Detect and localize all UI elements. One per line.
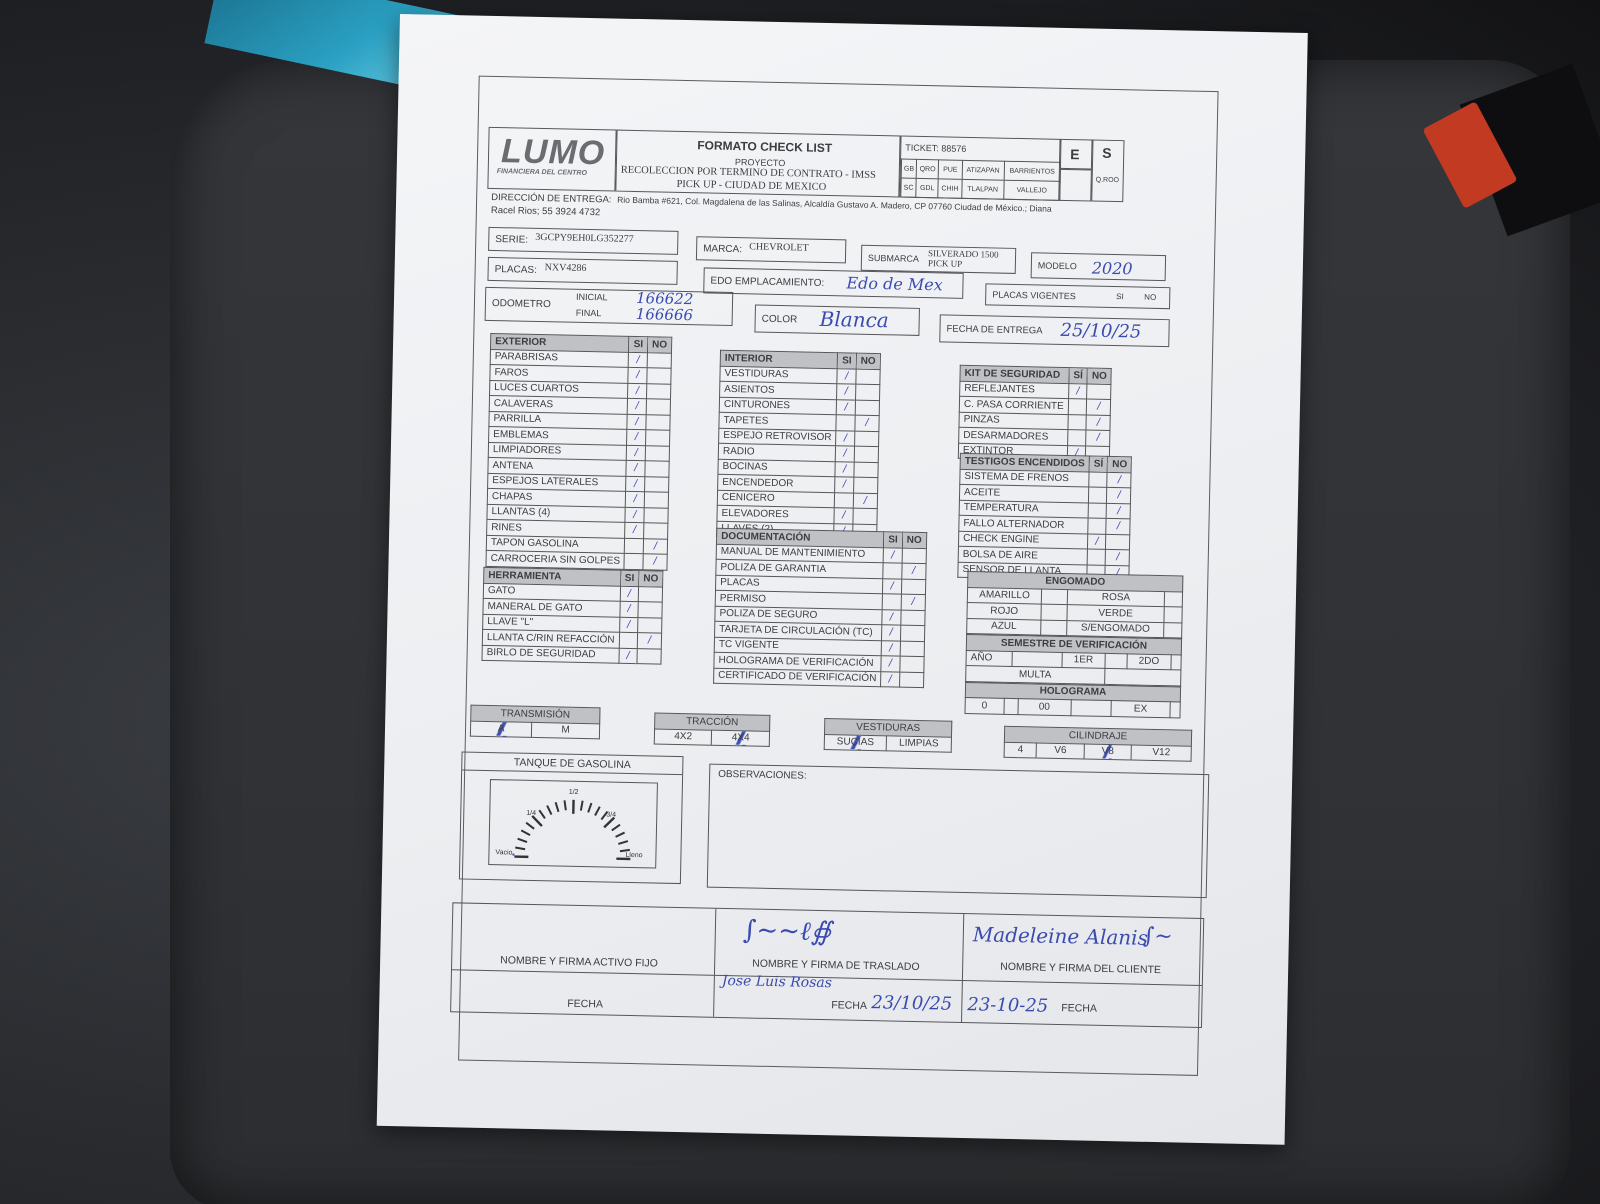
check-mark-icon: / xyxy=(842,510,845,522)
no-checkbox[interactable] xyxy=(900,641,924,657)
check-mark-icon: / xyxy=(843,479,846,491)
check-mark-icon: / xyxy=(627,619,630,631)
fuel-tank-section: TANQUE DE GASOLINA Vacio1/41/23/4Lleno xyxy=(459,751,684,884)
check-mark-icon: / xyxy=(1097,401,1100,413)
si-checkbox[interactable]: / xyxy=(619,648,638,664)
check-mark-icon: / xyxy=(890,580,893,592)
no-checkbox[interactable] xyxy=(638,586,662,602)
contact: Racel Rios; 55 3924 4732 xyxy=(491,205,601,218)
check-mark-icon: / xyxy=(844,432,847,444)
no-checkbox[interactable]: / xyxy=(1107,472,1131,488)
cliente-signature: Madeleine Alanis xyxy=(973,922,1149,950)
marca-field: MARCA: CHEVROLET xyxy=(696,236,846,263)
si-checkbox[interactable]: / xyxy=(626,491,645,507)
no-checkbox[interactable]: / xyxy=(1087,399,1111,415)
si-checkbox[interactable]: / xyxy=(834,508,853,524)
region-cell: SC xyxy=(901,178,917,197)
si-checkbox[interactable] xyxy=(624,553,643,569)
check-mark-icon: / xyxy=(1117,520,1120,532)
form-title: FORMATO CHECK LIST xyxy=(697,138,832,155)
no-checkbox[interactable] xyxy=(899,656,923,672)
si-checkbox[interactable]: / xyxy=(627,429,646,445)
si-checkbox[interactable] xyxy=(619,632,638,648)
testigos-table: TESTIGOS ENCENDIDOSSÍNOSISTEMA DE FRENOS… xyxy=(957,453,1132,582)
check-mark-icon: / xyxy=(864,495,867,507)
no-checkbox[interactable]: / xyxy=(1086,414,1110,430)
si-checkbox[interactable] xyxy=(882,594,901,610)
no-checkbox[interactable] xyxy=(646,414,670,430)
no-checkbox[interactable] xyxy=(853,477,877,493)
no-checkbox[interactable] xyxy=(856,369,880,385)
ticket-label: TICKET: 88576 xyxy=(905,143,966,154)
check-mark-icon: / xyxy=(636,385,639,397)
no-checkbox[interactable]: / xyxy=(1086,430,1110,446)
no-checkbox[interactable] xyxy=(645,461,669,477)
check-mark-icon: / xyxy=(889,627,892,639)
no-checkbox[interactable] xyxy=(900,625,924,641)
no-checkbox[interactable] xyxy=(854,446,878,462)
si-checkbox[interactable]: / xyxy=(1087,534,1106,550)
si-checkbox[interactable] xyxy=(1088,518,1107,534)
check-mark-icon: / xyxy=(844,401,847,413)
no-checkbox[interactable] xyxy=(854,431,878,447)
si-checkbox[interactable]: / xyxy=(837,384,856,400)
documentacion-row: CERTIFICADO DE VERIFICACIÓN/ xyxy=(714,668,924,688)
si-checkbox[interactable] xyxy=(1089,472,1108,488)
check-mark-icon: / xyxy=(1116,551,1119,563)
si-checkbox[interactable]: / xyxy=(628,367,647,383)
herramienta-table: HERRAMIENTASINOGATO/MANERAL DE GATO/LLAV… xyxy=(481,567,663,665)
no-checkbox[interactable] xyxy=(646,383,670,399)
check-mark-icon: / xyxy=(636,354,639,366)
no-checkbox[interactable]: / xyxy=(853,493,877,509)
check-mark-icon: / xyxy=(1096,432,1099,444)
activo-fijo-label: NOMBRE Y FIRMA ACTIVO FIJO xyxy=(500,954,658,969)
si-checkbox[interactable] xyxy=(1068,414,1087,430)
fuel-gauge-dial: Vacio1/41/23/4Lleno xyxy=(489,780,657,867)
no-checkbox[interactable] xyxy=(644,476,668,492)
no-checkbox[interactable] xyxy=(644,523,668,539)
checklist-paper: LUMO FINANCIERA DEL CENTRO FORMATO CHECK… xyxy=(377,14,1308,1145)
no-checkbox[interactable] xyxy=(644,507,668,523)
check-mark-icon: / xyxy=(1117,505,1120,517)
traccion-selector: TRACCIÓN4X24X4 xyxy=(654,712,771,746)
region-cell: TLALPAN xyxy=(961,179,1003,199)
interior-table: INTERIORSINOVESTIDURAS/ASIENTOS/CINTURON… xyxy=(716,350,881,540)
si-checkbox[interactable]: / xyxy=(627,445,646,461)
form-frame: LUMO FINANCIERA DEL CENTRO FORMATO CHECK… xyxy=(458,76,1218,1076)
si-checkbox[interactable]: / xyxy=(883,547,902,563)
check-mark-icon: / xyxy=(891,549,894,561)
si-checkbox[interactable] xyxy=(625,538,644,554)
no-checkbox[interactable]: / xyxy=(901,563,925,579)
si-checkbox[interactable] xyxy=(1067,430,1086,446)
check-mark-icon: / xyxy=(648,635,651,647)
transmision-option[interactable]: A xyxy=(470,721,532,738)
check-mark-icon: / xyxy=(633,493,636,505)
si-checkbox[interactable]: / xyxy=(625,522,644,538)
cliente-initials: ∫∼ xyxy=(1143,924,1173,950)
check-mark-icon: / xyxy=(890,611,893,623)
ticket-block: TICKET: 88576 GBQROPUEATIZAPANBARRIENTOS… xyxy=(899,136,1060,201)
si-checkbox[interactable]: / xyxy=(837,368,856,384)
no-checkbox[interactable]: / xyxy=(901,594,925,610)
traslado-label: NOMBRE Y FIRMA DE TRASLADO xyxy=(752,958,920,974)
svg-text:Vacio: Vacio xyxy=(495,849,512,856)
check-mark-icon: / xyxy=(889,642,892,654)
check-mark-icon: / xyxy=(1097,416,1100,428)
no-checkbox[interactable] xyxy=(853,508,877,524)
check-mark-icon: / xyxy=(845,386,848,398)
si-checkbox[interactable]: / xyxy=(835,477,854,493)
no-checkbox[interactable] xyxy=(647,352,671,368)
check-mark-icon: / xyxy=(1095,535,1098,547)
check-mark-icon: / xyxy=(634,478,637,490)
si-checkbox[interactable]: / xyxy=(1068,383,1087,399)
no-checkbox[interactable] xyxy=(638,617,662,633)
transmision-option[interactable]: M xyxy=(532,722,600,739)
check-mark-icon: / xyxy=(1117,489,1120,501)
si-checkbox[interactable]: / xyxy=(881,640,900,656)
edo-emplacamiento-field: EDO EMPLACAMIENTO: Edo de Mex xyxy=(703,267,963,298)
ticket-number: 88576 xyxy=(941,143,966,154)
cilindraje-option[interactable]: V12 xyxy=(1131,744,1191,761)
kit_seguridad-table: KIT DE SEGURIDADSÍNOREFLEJANTES/C. PASA … xyxy=(958,365,1112,462)
placas-field: PLACAS: NXV4286 xyxy=(487,257,677,285)
svg-text:3/4: 3/4 xyxy=(606,811,616,818)
delivery-label: DIRECCIÓN DE ENTREGA: xyxy=(491,192,612,206)
si-checkbox[interactable]: / xyxy=(626,476,645,492)
check-mark-icon: / xyxy=(633,509,636,521)
title-block: FORMATO CHECK LIST PROYECTO RECOLECCION … xyxy=(615,130,900,198)
svg-text:Lleno: Lleno xyxy=(625,852,642,859)
si-checkbox[interactable] xyxy=(883,563,902,579)
si-checkbox[interactable]: / xyxy=(882,625,901,641)
check-mark-icon: / xyxy=(1118,474,1121,486)
si-checkbox[interactable] xyxy=(1088,487,1107,503)
check-mark-icon: / xyxy=(843,448,846,460)
si-checkbox[interactable]: / xyxy=(836,430,855,446)
no-checkbox[interactable]: / xyxy=(1106,549,1130,565)
check-mark-icon: / xyxy=(635,431,638,443)
region-cell: ATIZAPAN xyxy=(962,160,1004,180)
svg-text:1/4: 1/4 xyxy=(526,810,536,817)
check-mark-icon: / xyxy=(627,603,630,615)
cilindraje-option[interactable]: V6 xyxy=(1037,742,1085,758)
odometro-field: ODOMETRO INICIAL FINAL 166622 166666 xyxy=(485,287,734,326)
fecha-traslado: 23/10/25 xyxy=(871,992,952,1015)
traccion-option[interactable]: 4X4 xyxy=(712,730,770,747)
lumo-logo: LUMO FINANCIERA DEL CENTRO xyxy=(487,127,616,192)
check-mark-icon: / xyxy=(865,417,868,429)
no-checkbox[interactable] xyxy=(902,548,926,564)
herramienta-row: BIRLO DE SEGURIDAD/ xyxy=(482,645,661,664)
no-checkbox[interactable]: / xyxy=(1106,518,1130,534)
si-checkbox[interactable] xyxy=(1068,399,1087,415)
cliente-label: NOMBRE Y FIRMA DEL CLIENTE xyxy=(1000,961,1161,976)
svg-text:1/2: 1/2 xyxy=(569,789,579,796)
si-checkbox[interactable] xyxy=(1088,503,1107,519)
no-checkbox[interactable] xyxy=(855,384,879,400)
si-checkbox[interactable]: / xyxy=(881,671,900,687)
si-checkbox[interactable] xyxy=(835,492,854,508)
si-checkbox[interactable] xyxy=(836,415,855,431)
no-checkbox[interactable] xyxy=(854,462,878,478)
no-checkbox[interactable] xyxy=(638,602,662,618)
si-checkbox[interactable]: / xyxy=(835,461,854,477)
check-mark-icon: / xyxy=(889,658,892,670)
no-checkbox[interactable] xyxy=(645,445,669,461)
serie-field: SERIE: 3GCPY9EH0LG352277 xyxy=(488,227,678,255)
check-mark-icon: / xyxy=(911,596,914,608)
odometro-final: 166666 xyxy=(636,305,694,324)
no-checkbox[interactable] xyxy=(900,610,924,626)
region-cell: GDL xyxy=(916,178,938,197)
traslado-signature: ∫∼∼ℓ∯ xyxy=(743,915,832,947)
check-mark-icon: / xyxy=(628,588,631,600)
signatures-section: NOMBRE Y FIRMA ACTIVO FIJO NOMBRE Y FIRM… xyxy=(450,902,1204,1028)
region-cell: BARRIENTOS xyxy=(1004,161,1061,181)
si-checkbox[interactable]: / xyxy=(619,617,638,633)
modelo-field: MODELO 2020 xyxy=(1031,252,1167,281)
engomado-section: ENGOMADO AMARILLOROSA ROJOVERDE AZULS/EN… xyxy=(964,571,1183,718)
si-checkbox[interactable]: / xyxy=(881,656,900,672)
project-line1: RECOLECCION POR TERMINO DE CONTRATO - IM… xyxy=(621,165,876,181)
traslado-name: Jose Luis Rosas xyxy=(722,973,832,991)
no-checkbox[interactable]: / xyxy=(637,633,661,649)
no-checkbox[interactable] xyxy=(645,430,669,446)
check-mark-icon: / xyxy=(845,370,848,382)
cilindraje-selector: CILINDRAJE4V6V8V12 xyxy=(1004,726,1193,762)
si-checkbox[interactable]: / xyxy=(629,352,648,368)
project-line2: PICK UP - CIUDAD DE MEXICO xyxy=(676,179,826,193)
region-cell: GB xyxy=(901,159,917,178)
traccion-option[interactable]: 4X2 xyxy=(654,728,712,745)
si-checkbox[interactable]: / xyxy=(882,609,901,625)
si-checkbox[interactable] xyxy=(1087,549,1106,565)
si-checkbox[interactable]: / xyxy=(627,414,646,430)
no-checkbox[interactable] xyxy=(1106,534,1130,550)
no-checkbox[interactable]: / xyxy=(643,538,667,554)
no-checkbox[interactable]: / xyxy=(855,415,879,431)
check-mark-icon: / xyxy=(634,447,637,459)
check-mark-icon: / xyxy=(635,400,638,412)
no-checkbox[interactable]: / xyxy=(643,554,667,570)
region-cell: QRO xyxy=(916,159,938,178)
no-checkbox[interactable] xyxy=(646,399,670,415)
no-checkbox[interactable] xyxy=(855,400,879,416)
no-checkbox[interactable]: / xyxy=(1107,503,1131,519)
placas-vigentes-field: PLACAS VIGENTES SI NO xyxy=(985,283,1170,309)
check-mark-icon: / xyxy=(912,565,915,577)
vestiduras-option[interactable]: LIMPIAS xyxy=(886,735,951,752)
check-mark-icon: / xyxy=(635,416,638,428)
fecha-entrega-field: FECHA DE ENTREGA 25/10/25 xyxy=(939,314,1170,347)
fecha-cliente: 23-10-25 xyxy=(967,994,1048,1017)
check-mark-icon: / xyxy=(1076,385,1079,397)
check-mark-icon: / xyxy=(654,540,657,552)
check-mark-icon: / xyxy=(626,650,629,662)
no-checkbox[interactable] xyxy=(901,579,925,595)
no-checkbox[interactable]: / xyxy=(1107,487,1131,503)
region-s: S Q.ROO xyxy=(1091,140,1124,203)
si-checkbox[interactable]: / xyxy=(620,586,639,602)
si-checkbox[interactable]: / xyxy=(626,460,645,476)
si-checkbox[interactable]: / xyxy=(837,399,856,415)
vestiduras-selector: VESTIDURASSUCIASLIMPIAS xyxy=(824,718,953,753)
no-checkbox[interactable] xyxy=(644,492,668,508)
no-checkbox[interactable] xyxy=(637,648,661,664)
si-checkbox[interactable]: / xyxy=(628,398,647,414)
check-mark-icon: / xyxy=(634,462,637,474)
transmision-selector: TRANSMISIÓNAM xyxy=(470,705,601,740)
vestiduras-option[interactable]: SUCIAS xyxy=(824,734,886,751)
si-checkbox[interactable]: / xyxy=(620,601,639,617)
si-checkbox[interactable]: / xyxy=(628,383,647,399)
check-mark-icon: / xyxy=(633,524,636,536)
si-checkbox[interactable]: / xyxy=(836,446,855,462)
check-mark-icon: / xyxy=(888,673,891,685)
fuel-gauge: Vacio1/41/23/4Lleno xyxy=(488,779,658,868)
documentacion-table: DOCUMENTACIÓNSINOMANUAL DE MANTENIMIENTO… xyxy=(713,528,927,688)
no-checkbox[interactable] xyxy=(899,672,923,688)
color-field: COLOR Blanca xyxy=(754,304,920,335)
no-checkbox[interactable] xyxy=(1087,383,1111,399)
check-mark-icon: / xyxy=(653,556,656,568)
si-checkbox[interactable]: / xyxy=(625,507,644,523)
observaciones-box: OBSERVACIONES: xyxy=(707,764,1209,898)
si-checkbox[interactable]: / xyxy=(883,578,902,594)
region-cell: CHIH xyxy=(938,179,962,198)
region-cell: PUE xyxy=(938,160,962,179)
cilindraje-option[interactable]: V8 xyxy=(1084,743,1132,759)
submarca-field: SUBMARCA SILVERADO 1500 PICK UP xyxy=(861,245,1017,274)
check-mark-icon: / xyxy=(843,463,846,475)
no-checkbox[interactable] xyxy=(647,368,671,384)
region-cell: VALLEJO xyxy=(1003,180,1060,200)
exterior-table: EXTERIORSINOPARABRISAS/FAROS/LUCES CUART… xyxy=(485,333,672,570)
cilindraje-option[interactable]: 4 xyxy=(1004,742,1037,758)
check-mark-icon: / xyxy=(636,369,639,381)
